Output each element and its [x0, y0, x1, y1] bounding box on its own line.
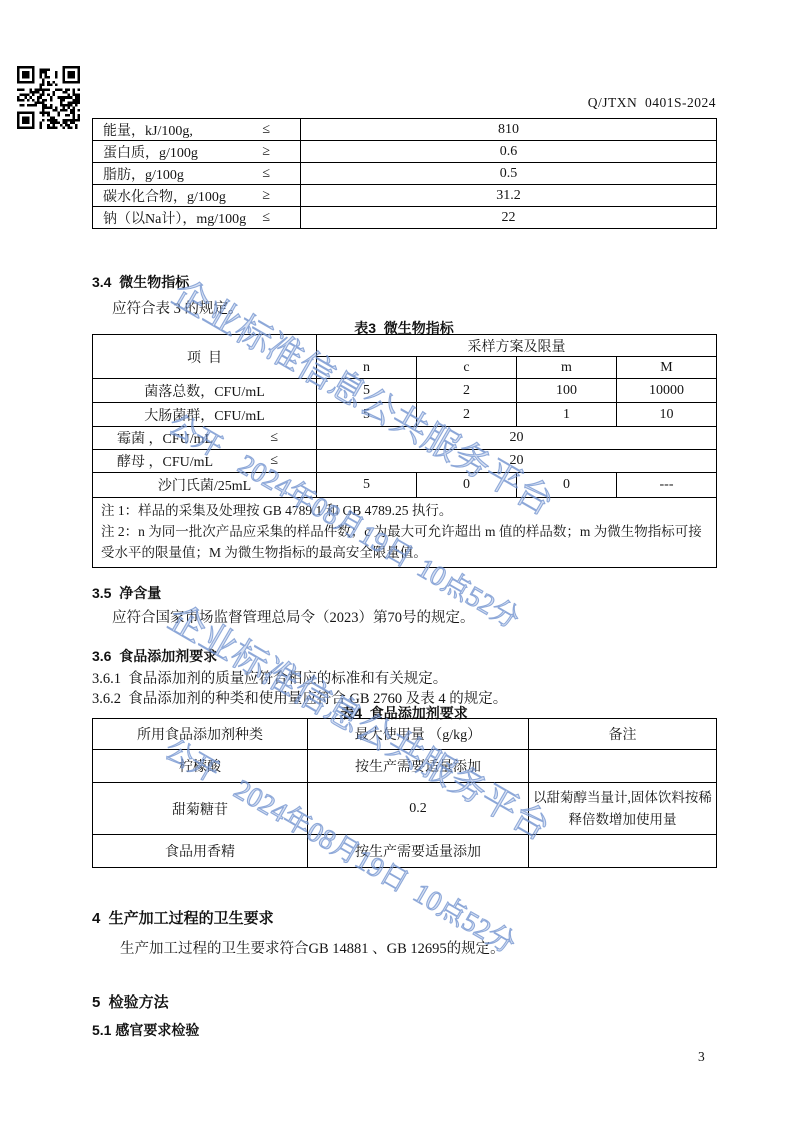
- section-3-6-1: 3.6.1 食品添加剂的质量应符合相应的标准和有关规定。: [92, 667, 447, 688]
- microbio-table: 项 目 采样方案及限量 n c m M 菌落总数，CFU/mL 5 2 100 …: [92, 334, 717, 568]
- limit-symbol: ≥: [262, 144, 270, 160]
- additive-name: 食品用香精: [93, 835, 308, 868]
- value-m: 100: [517, 379, 617, 403]
- nutrient-value: 0.5: [301, 163, 717, 185]
- table-row: 沙门氏菌/25mL 5 0 0 ---: [93, 473, 717, 498]
- limit-symbol: ≤: [270, 453, 278, 469]
- section-3-5-body: 应符合国家市场监督管理总局令（2023）第70号的规定。: [112, 606, 475, 627]
- additive-table: 所用食品添加剂种类 最大使用量 （g/kg） 备注 柠檬酸 按生产需要适量添加 …: [92, 718, 717, 868]
- limit-symbol: ≤: [262, 166, 270, 182]
- table-row: 菌落总数，CFU/mL 5 2 100 10000: [93, 379, 717, 403]
- additive-name: 甜菊糖苷: [93, 783, 308, 835]
- table-row: 能量，kJ/100g,≤ 810: [93, 119, 717, 141]
- nutrition-table: 能量，kJ/100g,≤ 810 蛋白质，g/100g≥ 0.6 脂肪，g/10…: [92, 118, 717, 229]
- additive-amount: 按生产需要适量添加: [308, 835, 529, 868]
- value-M: ---: [617, 473, 717, 498]
- table-row: 食品用香精 按生产需要适量添加: [93, 835, 717, 868]
- value-c: 2: [417, 379, 517, 403]
- table3-note-1: 注 1：样品的采集及处理按 GB 4789.1 和 GB 4789.25 执行。: [101, 500, 708, 521]
- nutrient-value: 31.2: [301, 185, 717, 207]
- value-c: 2: [417, 403, 517, 427]
- value-M: 10000: [617, 379, 717, 403]
- table-row: 项 目 采样方案及限量: [93, 335, 717, 357]
- table-row: 蛋白质，g/100g≥ 0.6: [93, 141, 717, 163]
- table-row: 脂肪，g/100g≤ 0.5: [93, 163, 717, 185]
- col-header-additive: 所用食品添加剂种类: [93, 719, 308, 750]
- nutrient-value: 810: [301, 119, 717, 141]
- limit-symbol: ≤: [270, 430, 278, 446]
- col-header-M: M: [617, 357, 717, 379]
- col-header-item: 项 目: [93, 335, 317, 379]
- merged-limit-value: 20: [317, 427, 717, 450]
- table-row: 甜菊糖苷 0.2 以甜菊醇当量计,固体饮料按稀释倍数增加使用量: [93, 783, 717, 835]
- section-3-5-title: 3.5 净含量: [92, 583, 161, 603]
- document-page: { "doc": { "code": "Q/JTXN 0401S-2024", …: [0, 0, 794, 1123]
- section-5-1-title: 5.1 感官要求检验: [92, 1020, 199, 1040]
- microbio-item: 沙门氏菌/25mL: [93, 473, 317, 498]
- merged-limit-value: 20: [317, 450, 717, 473]
- value-m: 1: [517, 403, 617, 427]
- value-c: 0: [417, 473, 517, 498]
- additive-amount: 按生产需要适量添加: [308, 750, 529, 783]
- table-row: 注 1：样品的采集及处理按 GB 4789.1 和 GB 4789.25 执行。…: [93, 498, 717, 568]
- table-row: 霉菌 ，CFU/mL≤ 20: [93, 427, 717, 450]
- value-n: 5: [317, 473, 417, 498]
- nutrient-label: 能量，kJ/100g,: [103, 120, 193, 140]
- nutrient-label: 碳水化合物，g/100g: [103, 186, 226, 206]
- nutrient-label: 蛋白质，g/100g: [103, 142, 198, 162]
- additive-remark: [529, 750, 717, 783]
- additive-amount: 0.2: [308, 783, 529, 835]
- col-header-n: n: [317, 357, 417, 379]
- col-header-plan: 采样方案及限量: [317, 335, 717, 357]
- limit-symbol: ≤: [262, 122, 270, 138]
- microbio-item: 大肠菌群，CFU/mL: [93, 403, 317, 427]
- section-3-4-body: 应符合表 3 的规定。: [112, 297, 243, 318]
- section-4-body: 生产加工过程的卫生要求符合GB 14881 、GB 12695的规定。: [120, 937, 505, 958]
- value-M: 10: [617, 403, 717, 427]
- col-header-remark: 备注: [529, 719, 717, 750]
- table-row: 柠檬酸 按生产需要适量添加: [93, 750, 717, 783]
- table-row: 钠（以Na计），mg/100g≤ 22: [93, 207, 717, 229]
- col-header-c: c: [417, 357, 517, 379]
- table3-note-2: 注 2：n 为同一批次产品应采集的样品件数；c 为最大可允许超出 m 值的样品数…: [101, 521, 708, 563]
- col-header-m: m: [517, 357, 617, 379]
- microbio-item: 菌落总数，CFU/mL: [93, 379, 317, 403]
- value-n: 5: [317, 379, 417, 403]
- table-row: 所用食品添加剂种类 最大使用量 （g/kg） 备注: [93, 719, 717, 750]
- table-row: 碳水化合物，g/100g≥ 31.2: [93, 185, 717, 207]
- additive-name: 柠檬酸: [93, 750, 308, 783]
- col-header-max-usage: 最大使用量 （g/kg）: [308, 719, 529, 750]
- page-number: 3: [698, 1049, 705, 1065]
- value-m: 0: [517, 473, 617, 498]
- additive-remark: 以甜菊醇当量计,固体饮料按稀释倍数增加使用量: [529, 783, 717, 835]
- nutrient-label: 钠（以Na计），mg/100g: [103, 208, 246, 228]
- qr-code: [17, 66, 80, 129]
- table-row: 酵母 ，CFU/mL≤ 20: [93, 450, 717, 473]
- microbio-item: 酵母 ，CFU/mL: [117, 451, 213, 471]
- limit-symbol: ≥: [262, 188, 270, 204]
- nutrient-value: 22: [301, 207, 717, 229]
- additive-remark: [529, 835, 717, 868]
- nutrient-value: 0.6: [301, 141, 717, 163]
- table-row: 大肠菌群，CFU/mL 5 2 1 10: [93, 403, 717, 427]
- section-5-title: 5 检验方法: [92, 991, 169, 1012]
- microbio-item: 霉菌 ，CFU/mL: [117, 428, 213, 448]
- nutrient-label: 脂肪，g/100g: [103, 164, 184, 184]
- section-4-title: 4 生产加工过程的卫生要求: [92, 907, 274, 928]
- value-n: 5: [317, 403, 417, 427]
- section-3-6-title: 3.6 食品添加剂要求: [92, 646, 217, 666]
- document-code: Q/JTXN 0401S-2024: [92, 95, 716, 111]
- limit-symbol: ≤: [262, 210, 270, 226]
- section-3-4-title: 3.4 微生物指标: [92, 272, 189, 292]
